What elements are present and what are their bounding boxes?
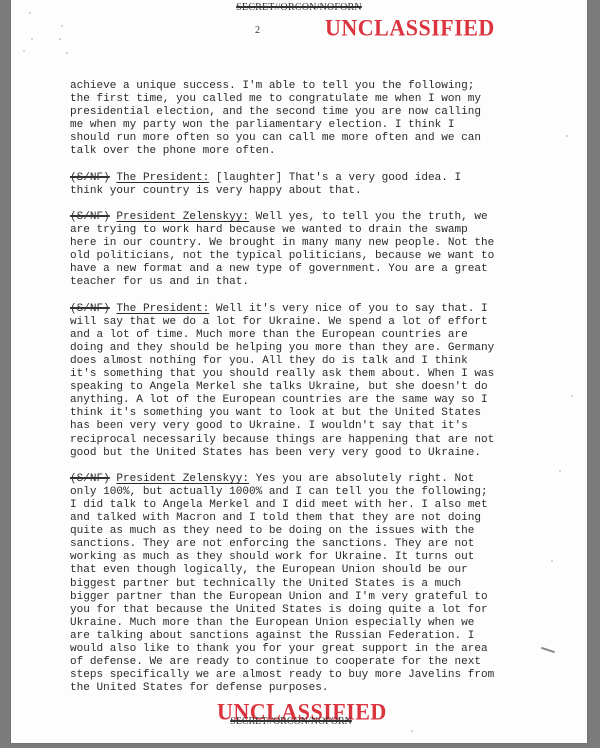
transcript-paragraph: (S/NF) President Zelenskyy: Yes you are … xyxy=(70,473,540,696)
transcript-paragraph: (S/NF) The President: Well it's very nic… xyxy=(70,303,540,460)
transcript-paragraph: achieve a unique success. I'm able to te… xyxy=(70,80,540,159)
unclassified-stamp-top: UNCLASSIFIED xyxy=(325,14,495,41)
footer-classification-marking: SECRET//ORCON/NOFORN xyxy=(11,716,587,727)
scan-speck xyxy=(61,25,63,27)
speech-text: Yes you are absolutely right. Not only 1… xyxy=(70,473,494,695)
classification-portion-marking: (S/NF) xyxy=(70,211,110,223)
classification-portion-marking: (S/NF) xyxy=(70,172,110,184)
speech-text: achieve a unique success. I'm able to te… xyxy=(70,80,481,157)
transcript-body: achieve a unique success. I'm able to te… xyxy=(70,80,540,709)
scan-speck xyxy=(66,52,68,54)
transcript-paragraph: (S/NF) President Zelenskyy: Well yes, to… xyxy=(70,211,540,290)
scan-speck xyxy=(411,730,413,732)
speaker-label: The President: xyxy=(116,303,209,315)
scan-speck xyxy=(566,135,568,137)
classification-portion-marking: (S/NF) xyxy=(70,303,110,315)
scan-speck xyxy=(559,470,561,472)
scan-speck xyxy=(23,50,25,52)
speaker-label: The President: xyxy=(116,172,209,184)
page-number: 2 xyxy=(255,25,260,36)
scan-speck xyxy=(29,12,31,14)
scan-speck xyxy=(571,395,573,397)
scan-speck xyxy=(551,560,553,562)
footer-marking-text: SECRET//ORCON/NOFORN xyxy=(230,716,352,727)
header-marking-text: SECRET//ORCON/NOFORN xyxy=(236,2,362,13)
speaker-label: President Zelenskyy: xyxy=(116,473,249,485)
document-viewer: SECRET//ORCON/NOFORN 2 UNCLASSIFIED achi… xyxy=(0,0,600,748)
speaker-label: President Zelenskyy: xyxy=(116,211,249,223)
scan-speck xyxy=(59,38,61,40)
classification-portion-marking: (S/NF) xyxy=(70,473,110,485)
scan-artifact xyxy=(541,647,555,653)
scan-speck xyxy=(31,38,33,40)
speech-text: Well it's very nice of you to say that. … xyxy=(70,303,494,459)
transcript-paragraph: (S/NF) The President: [laughter] That's … xyxy=(70,172,540,198)
document-page: SECRET//ORCON/NOFORN 2 UNCLASSIFIED achi… xyxy=(11,0,587,743)
header-classification-marking: SECRET//ORCON/NOFORN xyxy=(11,2,587,13)
